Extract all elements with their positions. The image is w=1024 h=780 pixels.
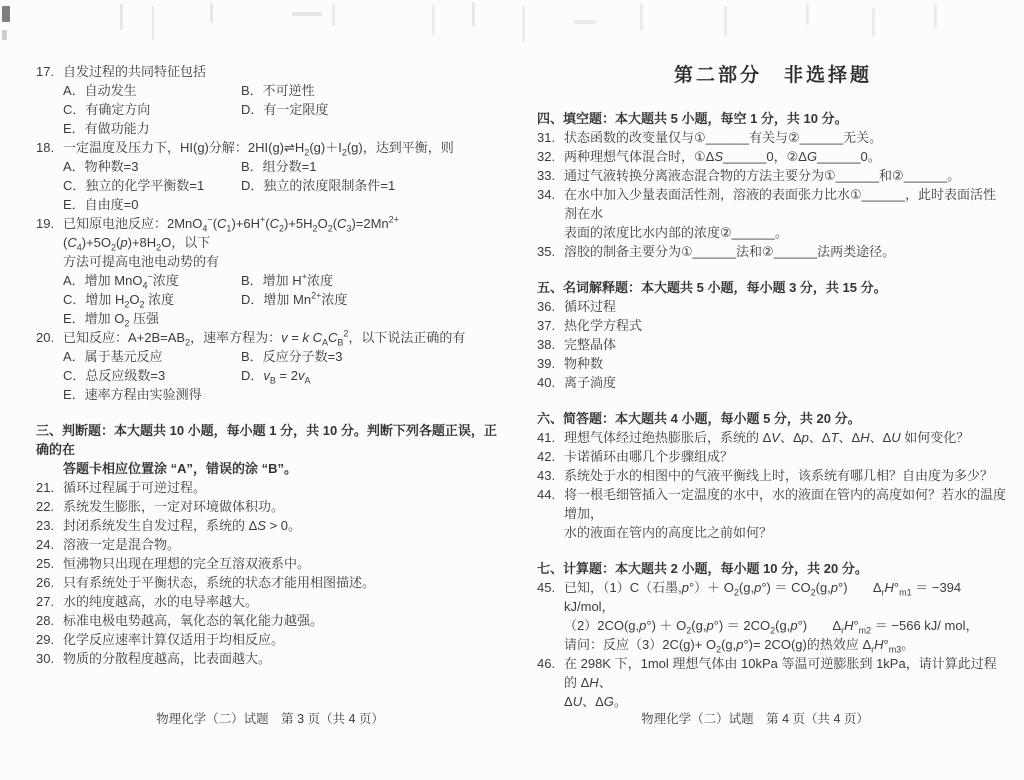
question-18-options-ab: A．物种数=3 B．组分数=1 bbox=[36, 157, 502, 176]
question-text-line2: （2）2CO(g,p°) ＋ O2(g,p°) ＝ 2CO2(g,p°) ΔrH… bbox=[537, 616, 1009, 635]
scan-smudge bbox=[292, 12, 322, 16]
term-text: 完整晶体 bbox=[564, 335, 1009, 354]
question-34-continuation: 表面的浓度比水内部的浓度②______。 bbox=[537, 223, 1009, 242]
page-4-footer: 物理化学（二）试题 第 4 页（共 4 页） bbox=[560, 709, 950, 727]
question-20-options-cd: C．总反应级数=3 D．vB = 2vA bbox=[36, 366, 502, 385]
question-34: 34. 在水中加入少量表面活性剂，溶液的表面张力比水①______，此时表面活性… bbox=[537, 185, 1009, 223]
option-e: E．有做功能力 bbox=[63, 119, 241, 138]
question-44: 44. 将一根毛细管插入一定温度的水中，水的液面在管内的高度如何？若水的温度增加… bbox=[537, 485, 1009, 523]
question-31: 31. 状态函数的改变量仅与①______有关与②______无关。 bbox=[537, 128, 1009, 147]
scan-smudge bbox=[432, 5, 435, 35]
question-28: 28. 标准电极电势越高，氧化态的氧化能力越强。 bbox=[36, 611, 502, 630]
question-text: 通过气液转换分离液态混合物的方法主要分为①______和②______。 bbox=[564, 166, 1009, 185]
question-stem: 已知反应：A+2B=AB2，速率方程为：v = k CACB2，以下说法正确的有 bbox=[63, 328, 502, 347]
scan-smudge bbox=[152, 6, 154, 40]
section-4-header: 四、填空题：本大题共 5 小题，每空 1 分，共 10 分。 bbox=[537, 109, 1009, 128]
question-text: 水的纯度越高，水的电导率越大。 bbox=[63, 592, 502, 611]
question-text-line3: 请问：反应（3）2C(g)+ O2(g,p°)= 2CO(g)的热效应 ΔrH°… bbox=[537, 635, 1009, 654]
question-text: 已知，（1）C（石墨,p°）＋ O2(g,p°) ＝ CO2(g,p°) ΔrH… bbox=[564, 578, 1009, 616]
option-a: A．增加 MnO4−浓度 bbox=[63, 271, 241, 290]
question-19-option-e: E．增加 O2 压强 bbox=[36, 309, 502, 328]
question-number: 21. bbox=[36, 478, 63, 497]
question-25: 25. 恒沸物只出现在理想的完全互溶双液系中。 bbox=[36, 554, 502, 573]
option-d: D．独立的浓度限制条件=1 bbox=[241, 176, 502, 195]
page-4: 第二部分 非选择题 四、填空题：本大题共 5 小题，每空 1 分，共 10 分。… bbox=[537, 62, 1009, 711]
question-number: 22. bbox=[36, 497, 63, 516]
section-3-header: 三、判断题：本大题共 10 小题，每小题 1 分，共 10 分。判断下列各题正误… bbox=[36, 421, 502, 459]
question-45-line3: 请问：反应（3）2C(g)+ O2(g,p°)= 2CO(g)的热效应 ΔrH°… bbox=[537, 635, 1009, 654]
question-45-line2: （2）2CO(g,p°) ＋ O2(g,p°) ＝ 2CO2(g,p°) ΔrH… bbox=[537, 616, 1009, 635]
question-text: 标准电极电势越高，氧化态的氧化能力越强。 bbox=[63, 611, 502, 630]
question-number: 36. bbox=[537, 297, 564, 316]
question-stem: 已知原电池反应：2MnO4−(C1)+6H+(C2)+5H2O2(C3)=2Mn… bbox=[63, 214, 502, 252]
question-text: 在 298K 下，1mol 理想气体由 10kPa 等温可逆膨胀到 1kPa，请… bbox=[564, 654, 1009, 692]
scan-smudge bbox=[2, 30, 7, 40]
option-d: D．有一定限度 bbox=[241, 100, 502, 119]
question-32: 32. 两种理想气体混合时，①ΔS______0，②ΔG______0。 bbox=[537, 147, 1009, 166]
question-number: 27. bbox=[36, 592, 63, 611]
question-20: 20. 已知反应：A+2B=AB2，速率方程为：v = k CACB2，以下说法… bbox=[36, 328, 502, 347]
scan-smudge bbox=[210, 3, 213, 23]
question-number: 46. bbox=[537, 654, 564, 692]
section-3-header-line1: 三、判断题：本大题共 10 小题，每小题 1 分，共 10 分。判断下列各题正误… bbox=[36, 421, 502, 459]
question-text: 卡诺循环由哪几个步骤组成？ bbox=[564, 447, 1009, 466]
question-17-options-cd: C．有确定方向 D．有一定限度 bbox=[36, 100, 502, 119]
question-text: 状态函数的改变量仅与①______有关与②______无关。 bbox=[564, 128, 1009, 147]
question-29: 29. 化学反应速率计算仅适用于均相反应。 bbox=[36, 630, 502, 649]
question-17-options-ab: A．自动发生 B．不可逆性 bbox=[36, 81, 502, 100]
scan-smudge bbox=[332, 4, 335, 26]
scan-smudge bbox=[120, 4, 123, 30]
option-b: B．不可逆性 bbox=[241, 81, 502, 100]
question-39: 39. 物种数 bbox=[537, 354, 1009, 373]
question-20-option-e: E．速率方程由实验测得 bbox=[36, 385, 502, 404]
question-number: 35. bbox=[537, 242, 564, 261]
question-number: 25. bbox=[36, 554, 63, 573]
question-45: 45. 已知，（1）C（石墨,p°）＋ O2(g,p°) ＝ CO2(g,p°)… bbox=[537, 578, 1009, 616]
section-5-header-text: 五、名词解释题：本大题共 5 小题，每小题 3 分，共 15 分。 bbox=[537, 278, 1009, 297]
question-text-line2: 水的液面在管内的高度比之前如何？ bbox=[537, 523, 1009, 542]
scan-smudge bbox=[472, 2, 475, 26]
exam-paper-scan: 17. 自发过程的共同特征包括 A．自动发生 B．不可逆性 C．有确定方向 D．… bbox=[0, 0, 1024, 780]
question-text: 两种理想气体混合时，①ΔS______0，②ΔG______0。 bbox=[564, 147, 1009, 166]
question-text: 溶液一定是混合物。 bbox=[63, 535, 502, 554]
question-35: 35. 溶胶的制备主要分为①______法和②______法两类途径。 bbox=[537, 242, 1009, 261]
question-30: 30. 物质的分散程度越高，比表面越大。 bbox=[36, 649, 502, 668]
option-c: C．独立的化学平衡数=1 bbox=[63, 176, 241, 195]
question-number: 18. bbox=[36, 138, 63, 157]
option-e: E．自由度=0 bbox=[63, 195, 241, 214]
section-3-header-line2-text: 答题卡相应位置涂 “A”，错误的涂 “B”。 bbox=[36, 459, 502, 478]
scan-smudge bbox=[522, 6, 525, 42]
question-text: 理想气体经过绝热膨胀后，系统的 ΔV、Δp、ΔT、ΔH、ΔU 如何变化？ bbox=[564, 428, 1009, 447]
term-text: 离子淌度 bbox=[564, 373, 1009, 392]
question-text: 只有系统处于平衡状态，系统的状态才能用相图描述。 bbox=[63, 573, 502, 592]
question-text: 物质的分散程度越高，比表面越大。 bbox=[63, 649, 502, 668]
option-d: D．vB = 2vA bbox=[241, 366, 502, 385]
question-number: 44. bbox=[537, 485, 564, 523]
scan-smudge bbox=[724, 6, 727, 36]
question-19-options-ab: A．增加 MnO4−浓度 B．增加 H+浓度 bbox=[36, 271, 502, 290]
question-number: 28. bbox=[36, 611, 63, 630]
question-19-continuation: 方法可提高电池电动势的有 bbox=[36, 252, 502, 271]
part-2-title: 第二部分 非选择题 bbox=[537, 64, 1009, 88]
scan-smudge bbox=[640, 4, 643, 30]
question-number: 39. bbox=[537, 354, 564, 373]
term-text: 物种数 bbox=[564, 354, 1009, 373]
question-text: 恒沸物只出现在理想的完全互溶双液系中。 bbox=[63, 554, 502, 573]
option-a: A．自动发生 bbox=[63, 81, 241, 100]
question-23: 23. 封闭系统发生自发过程，系统的 ΔS > 0。 bbox=[36, 516, 502, 535]
scan-smudge bbox=[2, 6, 10, 22]
question-18-option-e: E．自由度=0 bbox=[36, 195, 502, 214]
question-text: 化学反应速率计算仅适用于均相反应。 bbox=[63, 630, 502, 649]
question-number: 38. bbox=[537, 335, 564, 354]
question-number: 40. bbox=[537, 373, 564, 392]
question-text: 溶胶的制备主要分为①______法和②______法两类途径。 bbox=[564, 242, 1009, 261]
option-b: B．反应分子数=3 bbox=[241, 347, 502, 366]
question-text: 系统发生膨胀，一定对环境做体积功。 bbox=[63, 497, 502, 516]
question-text: 在水中加入少量表面活性剂，溶液的表面张力比水①______，此时表面活性剂在水 bbox=[564, 185, 1009, 223]
option-c: C．增加 H2O2 浓度 bbox=[63, 290, 241, 309]
question-36: 36. 循环过程 bbox=[537, 297, 1009, 316]
option-e: E．速率方程由实验测得 bbox=[63, 385, 241, 404]
question-number: 20. bbox=[36, 328, 63, 347]
option-e: E．增加 O2 压强 bbox=[63, 309, 241, 328]
question-text: 将一根毛细管插入一定温度的水中，水的液面在管内的高度如何？若水的温度增加， bbox=[564, 485, 1009, 523]
scan-smudge bbox=[806, 3, 809, 25]
question-number: 24. bbox=[36, 535, 63, 554]
question-33: 33. 通过气液转换分离液态混合物的方法主要分为①______和②______。 bbox=[537, 166, 1009, 185]
question-21: 21. 循环过程属于可逆过程。 bbox=[36, 478, 502, 497]
option-c: C．总反应级数=3 bbox=[63, 366, 241, 385]
section-5-header: 五、名词解释题：本大题共 5 小题，每小题 3 分，共 15 分。 bbox=[537, 278, 1009, 297]
question-27: 27. 水的纯度越高，水的电导率越大。 bbox=[36, 592, 502, 611]
question-number: 43. bbox=[537, 466, 564, 485]
question-19: 19. 已知原电池反应：2MnO4−(C1)+6H+(C2)+5H2O2(C3)… bbox=[36, 214, 502, 252]
question-24: 24. 溶液一定是混合物。 bbox=[36, 535, 502, 554]
question-text: 封闭系统发生自发过程，系统的 ΔS > 0。 bbox=[63, 516, 502, 535]
question-number: 17. bbox=[36, 62, 63, 81]
scan-smudge bbox=[934, 4, 937, 28]
question-number: 19. bbox=[36, 214, 63, 252]
question-number: 26. bbox=[36, 573, 63, 592]
option-b: B．组分数=1 bbox=[241, 157, 502, 176]
question-text-line2: 表面的浓度比水内部的浓度②______。 bbox=[537, 223, 1009, 242]
question-number: 33. bbox=[537, 166, 564, 185]
question-46: 46. 在 298K 下，1mol 理想气体由 10kPa 等温可逆膨胀到 1k… bbox=[537, 654, 1009, 692]
question-number: 37. bbox=[537, 316, 564, 335]
question-number: 42. bbox=[537, 447, 564, 466]
question-18: 18. 一定温度及压力下，HI(g)分解：2HI(g)⇌H2(g)＋I2(g)，… bbox=[36, 138, 502, 157]
question-number: 32. bbox=[537, 147, 564, 166]
section-4-header-text: 四、填空题：本大题共 5 小题，每空 1 分，共 10 分。 bbox=[537, 109, 1009, 128]
question-17-option-e: E．有做功能力 bbox=[36, 119, 502, 138]
option-d: D．增加 Mn2+浓度 bbox=[241, 290, 502, 309]
question-37: 37. 热化学方程式 bbox=[537, 316, 1009, 335]
question-43: 43. 系统处于水的相图中的气液平衡线上时，该系统有哪几相？自由度为多少？ bbox=[537, 466, 1009, 485]
question-stem-line2: 方法可提高电池电动势的有 bbox=[36, 252, 502, 271]
question-number: 34. bbox=[537, 185, 564, 223]
question-number: 41. bbox=[537, 428, 564, 447]
question-number: 29. bbox=[36, 630, 63, 649]
question-20-options-ab: A．属于基元反应 B．反应分子数=3 bbox=[36, 347, 502, 366]
scan-smudge bbox=[872, 8, 875, 36]
option-b: B．增加 H+浓度 bbox=[241, 271, 502, 290]
page-3-footer: 物理化学（二）试题 第 3 页（共 4 页） bbox=[60, 709, 480, 727]
section-7-header-text: 七、计算题：本大题共 2 小题，每小题 10 分，共 20 分。 bbox=[537, 559, 1009, 578]
term-text: 循环过程 bbox=[564, 297, 1009, 316]
option-a: A．物种数=3 bbox=[63, 157, 241, 176]
question-22: 22. 系统发生膨胀，一定对环境做体积功。 bbox=[36, 497, 502, 516]
question-stem: 一定温度及压力下，HI(g)分解：2HI(g)⇌H2(g)＋I2(g)，达到平衡… bbox=[63, 138, 502, 157]
section-3-header-line2: 答题卡相应位置涂 “A”，错误的涂 “B”。 bbox=[36, 459, 502, 478]
question-17: 17. 自发过程的共同特征包括 bbox=[36, 62, 502, 81]
page-3: 17. 自发过程的共同特征包括 A．自动发生 B．不可逆性 C．有确定方向 D．… bbox=[36, 62, 502, 668]
option-a: A．属于基元反应 bbox=[63, 347, 241, 366]
scan-smudge bbox=[574, 20, 596, 24]
question-text: 循环过程属于可逆过程。 bbox=[63, 478, 502, 497]
question-text: 系统处于水的相图中的气液平衡线上时，该系统有哪几相？自由度为多少？ bbox=[564, 466, 1009, 485]
question-44-continuation: 水的液面在管内的高度比之前如何？ bbox=[537, 523, 1009, 542]
question-18-options-cd: C．独立的化学平衡数=1 D．独立的浓度限制条件=1 bbox=[36, 176, 502, 195]
question-40: 40. 离子淌度 bbox=[537, 373, 1009, 392]
section-7-header: 七、计算题：本大题共 2 小题，每小题 10 分，共 20 分。 bbox=[537, 559, 1009, 578]
question-42: 42. 卡诺循环由哪几个步骤组成？ bbox=[537, 447, 1009, 466]
section-6-header: 六、简答题：本大题共 4 小题，每小题 5 分，共 20 分。 bbox=[537, 409, 1009, 428]
question-number: 31. bbox=[537, 128, 564, 147]
question-38: 38. 完整晶体 bbox=[537, 335, 1009, 354]
term-text: 热化学方程式 bbox=[564, 316, 1009, 335]
question-41: 41. 理想气体经过绝热膨胀后，系统的 ΔV、Δp、ΔT、ΔH、ΔU 如何变化？ bbox=[537, 428, 1009, 447]
question-number: 45. bbox=[537, 578, 564, 616]
section-6-header-text: 六、简答题：本大题共 4 小题，每小题 5 分，共 20 分。 bbox=[537, 409, 1009, 428]
question-26: 26. 只有系统处于平衡状态，系统的状态才能用相图描述。 bbox=[36, 573, 502, 592]
question-number: 23. bbox=[36, 516, 63, 535]
question-number: 30. bbox=[36, 649, 63, 668]
option-c: C．有确定方向 bbox=[63, 100, 241, 119]
question-19-options-cd: C．增加 H2O2 浓度 D．增加 Mn2+浓度 bbox=[36, 290, 502, 309]
question-stem: 自发过程的共同特征包括 bbox=[63, 62, 502, 81]
